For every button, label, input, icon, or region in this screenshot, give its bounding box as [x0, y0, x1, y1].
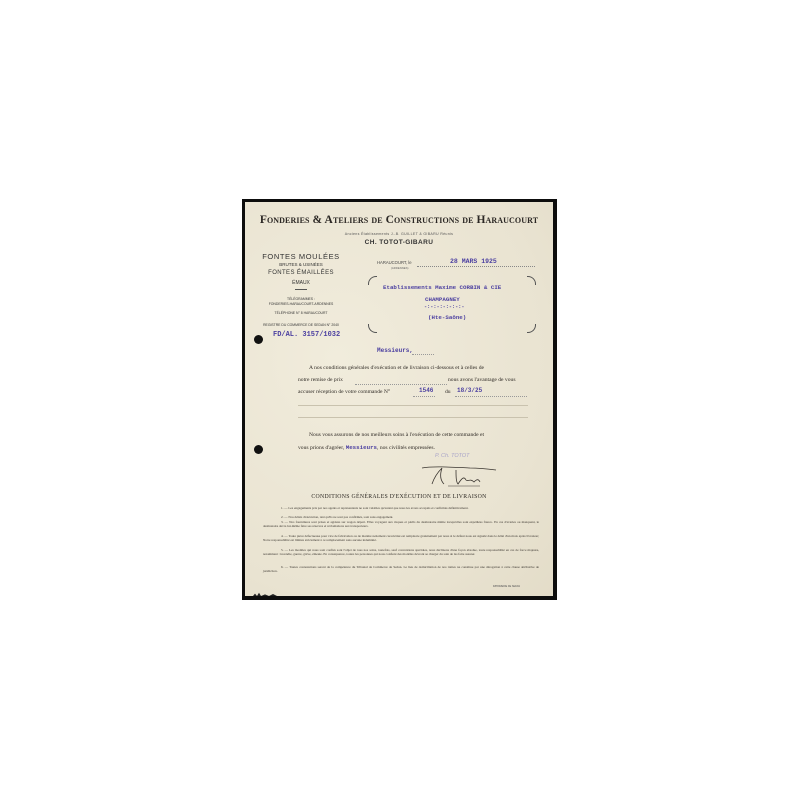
- order-date: 18/3/25: [457, 387, 482, 394]
- punch-hole-top: [254, 335, 263, 344]
- salutation: Messieurs,: [377, 347, 413, 354]
- closing-line-1: Nous vous assurons de nos meilleurs soin…: [309, 432, 484, 438]
- product-line-4: ÉMAUX: [245, 280, 357, 286]
- recipient-name: Etablissements Maxime CORBIN & CIE: [383, 284, 501, 291]
- condition-item-2: 2. — Nos délais d'exécution, tant qu'ils…: [263, 515, 539, 519]
- closing-line-2: vous prions d'agréer, Messieurs, nos civ…: [298, 444, 435, 451]
- condition-item-6: 6. — Toutes contestations seront de la c…: [263, 565, 539, 573]
- date-line: [417, 266, 535, 267]
- letter-page: Fonderies & Ateliers de Constructions de…: [245, 202, 553, 596]
- body-line-2-end: nous avons l'avantage de vous: [448, 377, 516, 383]
- reference-number: FD/AL. 3157/1032: [273, 331, 340, 339]
- order-number: 1546: [419, 387, 433, 394]
- condition-item-3: 3. — Nos fournitures sont prises et agré…: [263, 520, 539, 528]
- condition-item-5: 5. — Les modèles qui nous sont confiés s…: [263, 548, 539, 556]
- condition-item-1: 1. — Les engagements pris par nos agents…: [263, 506, 539, 510]
- remise-dotline: [355, 384, 447, 385]
- conditions-title: CONDITIONS GÉNÉRALES D'EXÉCUTION ET DE L…: [245, 494, 553, 500]
- telegrams-value: FONDERIES-HARAUCOURT-ARDENNES: [245, 302, 357, 306]
- product-line-1: FONTES MOULÉES: [245, 252, 357, 261]
- letter-date: 28 MARS 1925: [450, 258, 497, 265]
- place-city: HARAUCOURT, le: [377, 260, 412, 265]
- order-date-dotline: [455, 396, 527, 397]
- address-corner-tl: [368, 276, 377, 285]
- body-line-2-start: notre remise de prix: [298, 377, 343, 383]
- closing-typed-messieurs: Messieurs: [346, 444, 377, 451]
- closing-line-2-end: , nos civilités empressées.: [377, 445, 435, 451]
- commerce-registry: REGISTRE DU COMMERCE DE SEDAN N° 2040: [245, 323, 357, 327]
- address-corner-tr: [527, 276, 536, 285]
- recipient-city: CHAMPAGNEY: [425, 296, 460, 303]
- signature-stamp: P. Ch. TOTOT: [435, 453, 470, 459]
- closing-line-2-start: vous prions d'agréer,: [298, 445, 344, 451]
- company-title: Fonderies & Ateliers de Constructions de…: [245, 214, 553, 226]
- blank-line-1: [298, 405, 528, 406]
- telegrams-label: TÉLÉGRAMMES :: [245, 297, 357, 301]
- company-subtitle: Anciens Établissements J.-B. GUILLET & G…: [245, 232, 553, 236]
- body-line-3-start: accuser réception de votre commande N°: [298, 389, 390, 395]
- product-line-2: BRUTES & USINÉES: [245, 262, 357, 267]
- body-line-1: A nos conditions générales d'exécution e…: [309, 365, 484, 371]
- place-region: (ARDENNES): [391, 266, 408, 270]
- punch-hole-bottom: [254, 445, 263, 454]
- address-corner-bl: [368, 324, 377, 333]
- blank-line-2: [298, 417, 528, 418]
- company-owner: CH. TOTOT-GIBARU: [245, 239, 553, 246]
- address-corner-br: [527, 324, 536, 333]
- printer-imprint: IMPRIMERIE DE SEDAN: [493, 585, 520, 588]
- condition-item-4: 4. — Toute pièce défectueuse pour vice d…: [263, 534, 539, 542]
- signature-icon: [420, 460, 500, 488]
- order-number-dotline: [413, 396, 435, 397]
- ornament-divider: [295, 289, 307, 290]
- product-line-3: FONTES ÉMAILLÉES: [245, 270, 357, 276]
- recipient-department: (Hte-Saône): [428, 314, 466, 321]
- telephone: TÉLÉPHONE N° 8 HARAUCOURT: [245, 311, 357, 315]
- body-line-3-du: du: [445, 389, 451, 395]
- salutation-dotline: [412, 354, 434, 355]
- recipient-separator: -:-:-:-:-:-:-: [424, 304, 464, 310]
- ink-mark: [253, 592, 293, 596]
